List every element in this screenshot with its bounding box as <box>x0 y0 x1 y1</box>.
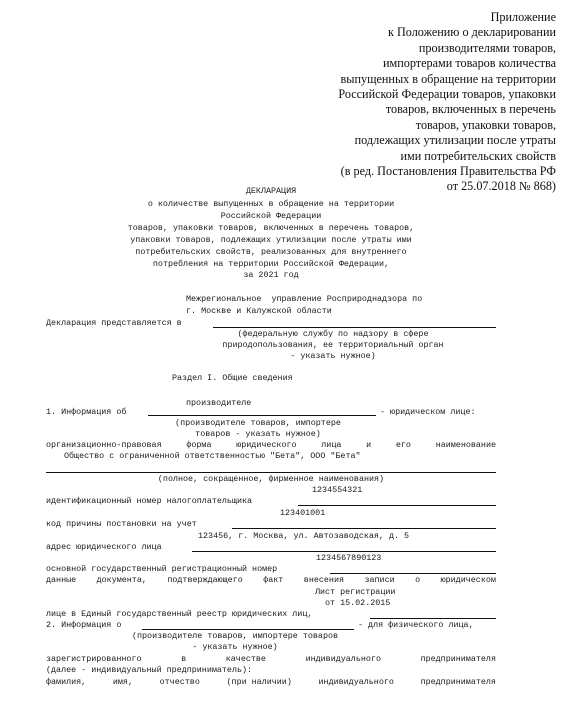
appendix-header: Приложение к Положению о декларировании … <box>256 10 556 195</box>
section-title: Раздел I. Общие сведения <box>172 373 293 383</box>
egrul-label-end: лице в Единый государственный реестр юри… <box>46 609 312 619</box>
label-word: его <box>396 440 411 450</box>
label-word: о <box>415 575 420 585</box>
label-word: организационно-правовая <box>46 440 162 450</box>
appendix-line: ими потребительских свойств <box>256 149 556 164</box>
label-word: индивидуального <box>319 677 394 687</box>
authority-value-line1[interactable]: Межрегиональное управление Росприроднадз… <box>186 294 422 304</box>
kpp-underline[interactable] <box>232 528 496 529</box>
appendix-line: (в ред. Постановления Правительства РФ <box>256 164 556 179</box>
label-word: форма <box>186 440 211 450</box>
item1-label-suffix: - юридическом лице: <box>380 407 476 417</box>
label-word: предпринимателя <box>421 677 496 687</box>
appendix-line: Российской Федерации товаров, упаковки <box>256 87 556 102</box>
appendix-line: подлежащих утилизации после утраты <box>256 133 556 148</box>
inn-value[interactable]: 1234554321 <box>312 485 362 495</box>
title-line: о количестве выпущенных в обращение на т… <box>46 199 496 209</box>
org-name-underline[interactable] <box>46 472 496 473</box>
authority-hint: - указать нужное) <box>170 351 496 361</box>
label-word: отчество <box>160 677 200 687</box>
authority-hint: природопользования, ее территориальный о… <box>170 340 496 350</box>
appendix-line: к Положению о декларировании <box>256 25 556 40</box>
label-word: лица <box>321 440 341 450</box>
label-word: юридическом <box>441 575 496 585</box>
kpp-label: код причины постановки на учет <box>46 519 197 529</box>
label-word: индивидуального <box>306 654 381 664</box>
label-word: в <box>181 654 186 664</box>
label-word: имя, <box>113 677 133 687</box>
item1-value[interactable]: производителе <box>186 398 251 408</box>
ogrn-underline[interactable] <box>330 573 496 574</box>
appendix-line: Приложение <box>256 10 556 25</box>
egrul-value-line1[interactable]: Лист регистрации <box>315 587 395 597</box>
appendix-line: производителями товаров, <box>256 41 556 56</box>
item2-hint: - указать нужное) <box>100 642 370 652</box>
title-line: Российской Федерации <box>46 211 496 221</box>
org-name-value[interactable]: Общество с ограниченной ответственностью… <box>64 451 361 461</box>
kpp-value[interactable]: 123401001 <box>280 508 325 518</box>
title-line: товаров, упаковки товаров, включенных в … <box>46 223 496 233</box>
authority-value-line2[interactable]: г. Москве и Калужской области <box>186 306 332 316</box>
item2-label-prefix: 2. Информация о <box>46 620 121 630</box>
address-value[interactable]: 123456, г. Москва, ул. Автозаводская, д.… <box>198 531 409 541</box>
label-word: данные <box>46 575 76 585</box>
inn-label: идентификационный номер налогоплательщик… <box>46 496 252 506</box>
label-word: качестве <box>226 654 266 664</box>
ogrn-value[interactable]: 1234567890123 <box>316 553 381 563</box>
registered-label-end: (далее - индивидуальный предприниматель)… <box>46 665 252 675</box>
item1-hint: (производителе товаров, импортере <box>140 418 376 428</box>
title-line: упаковки товаров, подлежащих утилизации … <box>46 235 496 245</box>
address-underline[interactable] <box>192 551 496 552</box>
declaration-year: за 2021 год <box>46 270 496 280</box>
label-word: документа, <box>97 575 147 585</box>
appendix-line: выпущенных в обращение на территории <box>256 72 556 87</box>
label-word: предпринимателя <box>421 654 496 664</box>
inn-underline[interactable] <box>298 505 496 506</box>
label-word: и <box>366 440 371 450</box>
appendix-line: товаров, включенных в перечень <box>256 102 556 117</box>
label-word: фамилия, <box>46 677 86 687</box>
item2-field-underline[interactable] <box>142 629 354 630</box>
label-word: наименование <box>436 440 496 450</box>
submitted-to-label: Декларация представляется в <box>46 318 182 328</box>
title-line: потребительских свойств, реализованных д… <box>46 247 496 257</box>
label-word: (при наличии) <box>227 677 292 687</box>
address-label: адрес юридического лица <box>46 542 162 552</box>
declaration-heading: ДЕКЛАРАЦИЯ <box>46 186 496 196</box>
org-name-hint: (полное, сокращенное, фирменное наименов… <box>46 474 496 484</box>
item1-hint: товаров - указать нужное) <box>140 429 376 439</box>
item2-label-suffix: - для физического лица, <box>358 620 474 630</box>
fio-label: фамилия, имя, отчество (при наличии) инд… <box>46 677 496 687</box>
appendix-line: товаров, упаковки товаров, <box>256 118 556 133</box>
egrul-label: данные документа, подтверждающего факт в… <box>46 575 496 585</box>
ogrn-label: основной государственный регистрационный… <box>46 564 277 574</box>
item1-field-underline[interactable] <box>148 415 376 416</box>
label-word: юридического <box>236 440 296 450</box>
label-word: записи <box>364 575 394 585</box>
egrul-value-line2[interactable]: от 15.02.2015 <box>325 598 390 608</box>
label-word: факт <box>263 575 283 585</box>
item1-label-prefix: 1. Информация об <box>46 407 126 417</box>
label-word: подтверждающего <box>167 575 242 585</box>
appendix-line: импортерами товаров количества <box>256 56 556 71</box>
label-word: внесения <box>304 575 344 585</box>
authority-hint: (федеральную службу по надзору в сфере <box>170 329 496 339</box>
authority-field-underline[interactable] <box>213 327 496 328</box>
egrul-underline[interactable] <box>370 618 496 619</box>
title-line: потребления на территории Российской Фед… <box>46 259 496 269</box>
registered-label: зарегистрированного в качестве индивидуа… <box>46 654 496 664</box>
item2-hint: (производителе товаров, импортере товаро… <box>100 631 370 641</box>
label-word: зарегистрированного <box>46 654 142 664</box>
org-form-label: организационно-правовая форма юридическо… <box>46 440 496 450</box>
